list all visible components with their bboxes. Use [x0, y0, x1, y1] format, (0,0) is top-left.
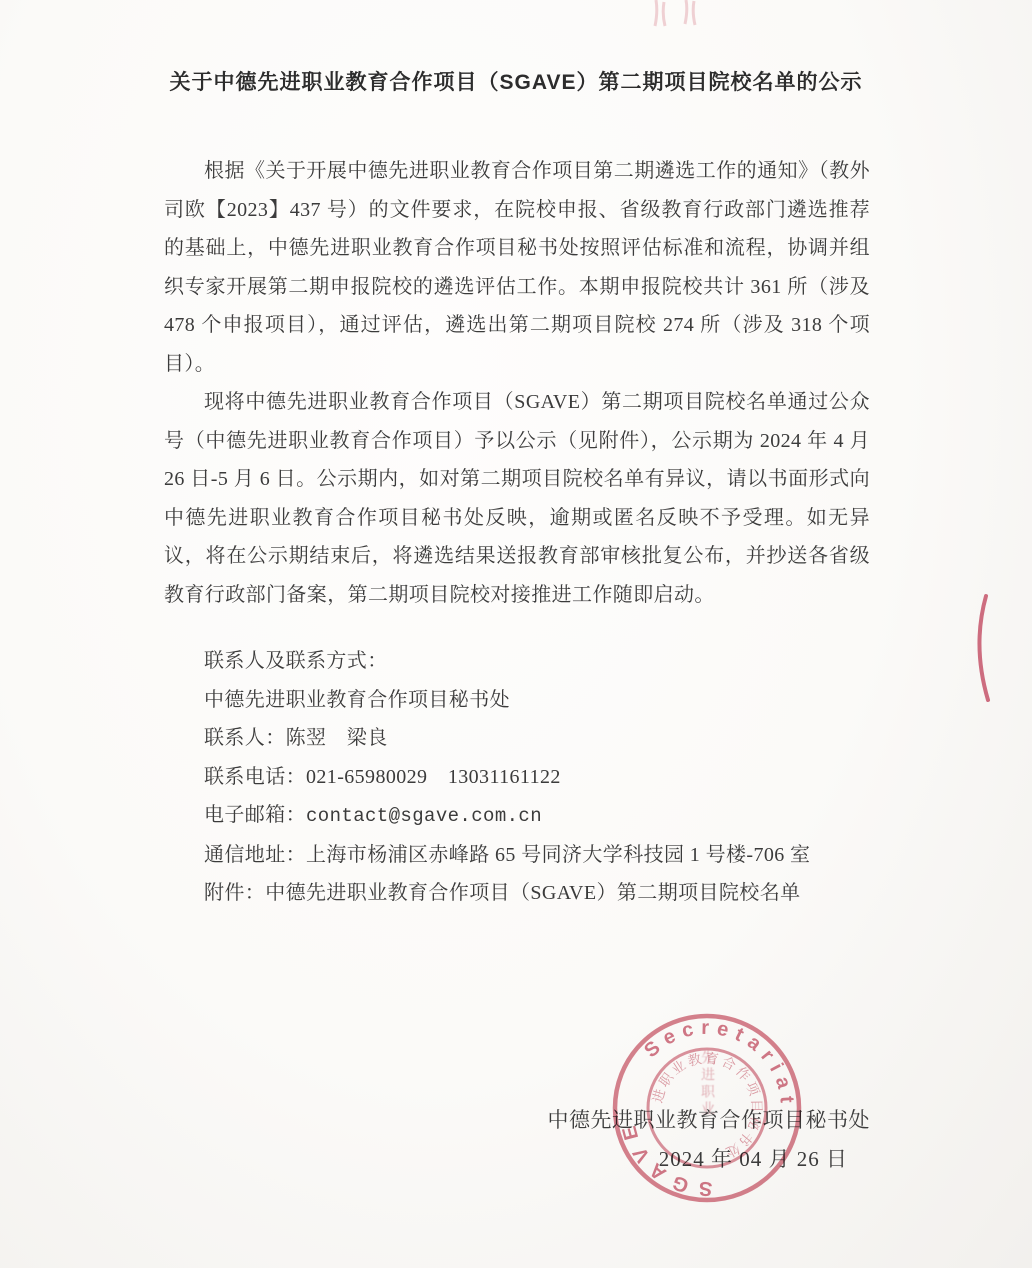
contact-email-value: contact@sgave.com.cn [306, 805, 542, 827]
document-title: 关于中德先进职业教育合作项目（SGAVE）第二期项目院校名单的公示 [0, 66, 1032, 96]
top-stamp-fragment-icon [648, 0, 708, 28]
document-body: 根据《关于开展中德先进职业教育合作项目第二期遴选工作的通知》（教外司欧【2023… [164, 152, 870, 913]
document-page: 关于中德先进职业教育合作项目（SGAVE）第二期项目院校名单的公示 根据《关于开… [0, 0, 1032, 1268]
contact-person: 联系人：陈翌 梁良 [164, 719, 870, 758]
attachment-line: 附件：中德先进职业教育合作项目（SGAVE）第二期项目院校名单 [164, 874, 870, 913]
contact-block: 联系人及联系方式： 中德先进职业教育合作项目秘书处 联系人：陈翌 梁良 联系电话… [164, 642, 870, 874]
paragraph-1: 根据《关于开展中德先进职业教育合作项目第二期遴选工作的通知》（教外司欧【2023… [164, 152, 870, 383]
contact-address: 通信地址：上海市杨浦区赤峰路 65 号同济大学科技园 1 号楼-706 室 [164, 836, 870, 875]
contact-heading: 联系人及联系方式： [164, 642, 870, 681]
contact-email-label: 电子邮箱： [204, 804, 306, 826]
contact-org: 中德先进职业教育合作项目秘书处 [164, 681, 870, 720]
signature-org: 中德先进职业教育合作项目秘书处 [548, 1101, 871, 1140]
contact-phone: 联系电话：021-65980029 13031161122 [164, 758, 870, 797]
signature-block: 中德先进职业教育合作项目秘书处 2024 年 04 月 26 日 [548, 1101, 871, 1178]
stamp-edge-arc-icon [960, 588, 1010, 708]
contact-email-line: 电子邮箱：contact@sgave.com.cn [164, 796, 870, 836]
paragraph-2: 现将中德先进职业教育合作项目（SGAVE）第二期项目院校名单通过公众号（中德先进… [164, 383, 870, 614]
signature-date: 2024 年 04 月 26 日 [548, 1140, 849, 1179]
seal-latin-top-text: Secretariat [640, 1017, 798, 1111]
